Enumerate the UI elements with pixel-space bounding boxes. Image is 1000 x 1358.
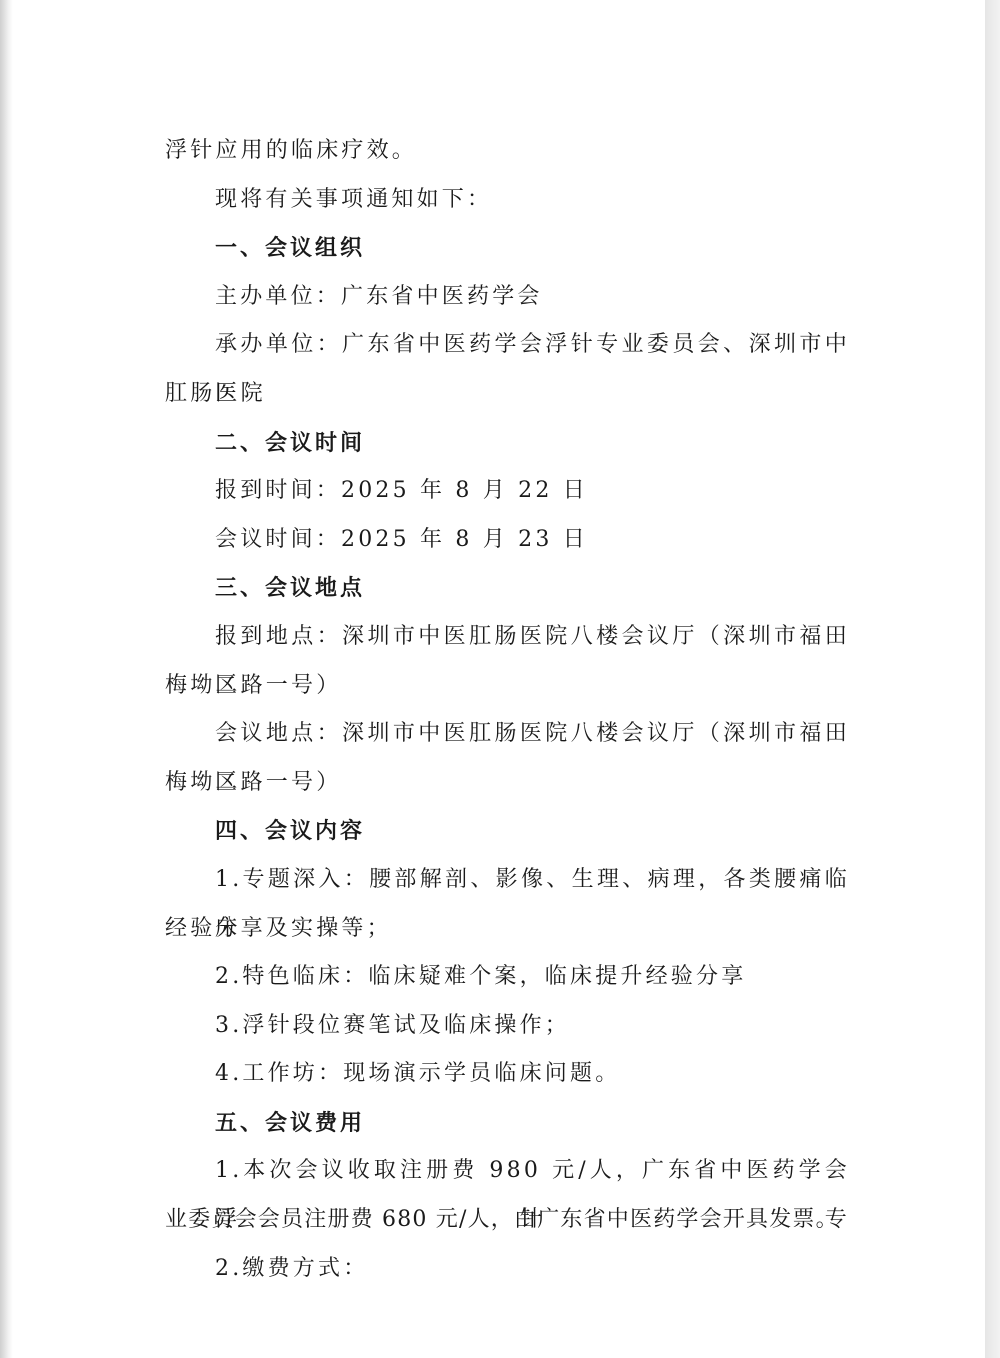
registration-location-line1: 报到地点：深圳市中医肛肠医院八楼会议厅（深圳市福田区 [165, 613, 850, 662]
section-heading-content: 四、会议内容 [165, 807, 850, 856]
fees-item1-line2: 业委员会会员注册费 680 元/人，由广东省中医药学会开具发票。 [165, 1196, 850, 1245]
registration-time-text: 报到时间：2025 年 8 月 22 日 [165, 467, 850, 516]
content-item3: 3.浮针段位赛笔试及临床操作； [165, 1002, 850, 1051]
section-heading-time: 二、会议时间 [165, 419, 850, 468]
notice-lead-text: 现将有关事项通知如下： [165, 176, 850, 225]
fees-item1-line1: 1.本次会议收取注册费 980 元/人，广东省中医药学会浮针专 [165, 1147, 850, 1196]
section-heading-location: 三、会议地点 [165, 564, 850, 613]
content-item1-line1: 1.专题深入：腰部解剖、影像、生理、病理，各类腰痛临床 [165, 856, 850, 905]
meeting-time-text: 会议时间：2025 年 8 月 23 日 [165, 516, 850, 565]
section-heading-fees: 五、会议费用 [165, 1099, 850, 1148]
content-item1-line2: 经验分享及实操等； [165, 905, 850, 954]
host-unit-text: 主办单位：广东省中医药学会 [165, 273, 850, 322]
section-heading-organization: 一、会议组织 [165, 224, 850, 273]
document-page: 浮针应用的临床疗效。 现将有关事项通知如下： 一、会议组织 主办单位：广东省中医… [165, 127, 850, 1293]
page-edge-shadow-right [985, 0, 1000, 1358]
content-item4: 4.工作坊：现场演示学员临床问题。 [165, 1050, 850, 1099]
meeting-location-line2: 梅坳二路一号） [165, 759, 850, 808]
page-edge-shadow-left [0, 0, 13, 1358]
intro-tail-text: 浮针应用的临床疗效。 [165, 127, 850, 176]
organizer-unit-text-line2: 肛肠医院 [165, 370, 850, 419]
meeting-location-line1: 会议地点：深圳市中医肛肠医院八楼会议厅（深圳市福田区 [165, 710, 850, 759]
organizer-unit-text-line1: 承办单位：广东省中医药学会浮针专业委员会、深圳市中医 [165, 321, 850, 370]
content-item2: 2.特色临床：临床疑难个案，临床提升经验分享 [165, 953, 850, 1002]
registration-location-line2: 梅坳二路一号） [165, 662, 850, 711]
fees-item2: 2.缴费方式： [165, 1245, 850, 1294]
